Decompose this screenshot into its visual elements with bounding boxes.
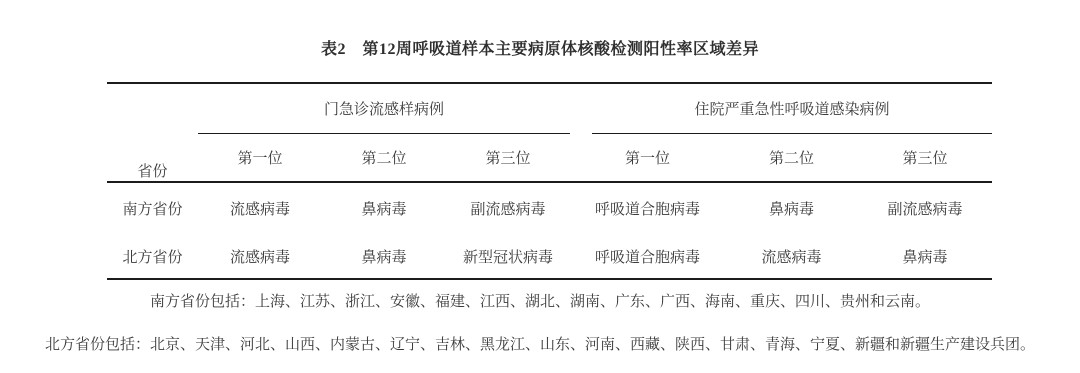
group-header-row: 省份 门急诊流感样病例 住院严重急性呼吸道感染病例 xyxy=(107,83,992,134)
group-header-sari: 住院严重急性呼吸道感染病例 xyxy=(570,83,992,134)
data-cell: 新型冠状病毒 xyxy=(446,234,570,279)
data-cell: 副流感病毒 xyxy=(858,182,992,234)
table-row-north: 北方省份 流感病毒 鼻病毒 新型冠状病毒 呼吸道合胞病毒 流感病毒 鼻病毒 xyxy=(107,234,992,279)
group-header-ili-label: 门急诊流感样病例 xyxy=(198,84,570,134)
data-cell: 呼吸道合胞病毒 xyxy=(570,234,725,279)
data-cell: 流感病毒 xyxy=(198,182,322,234)
province-column-header: 省份 xyxy=(107,83,198,182)
group-header-ili: 门急诊流感样病例 xyxy=(198,83,570,134)
document-page: 表2 第12周呼吸道样本主要病原体核酸检测阳性率区域差异 省份 门急诊流感样病例… xyxy=(0,0,1080,373)
data-cell: 鼻病毒 xyxy=(725,182,858,234)
data-cell: 鼻病毒 xyxy=(322,182,446,234)
data-cell: 副流感病毒 xyxy=(446,182,570,234)
data-cell: 流感病毒 xyxy=(198,234,322,279)
province-cell: 北方省份 xyxy=(107,234,198,279)
sari-rank-2-header: 第二位 xyxy=(725,134,858,182)
province-cell: 南方省份 xyxy=(107,182,198,234)
sari-rank-1-header: 第一位 xyxy=(570,134,725,182)
sari-rank-3-header: 第三位 xyxy=(858,134,992,182)
pathogen-positivity-table: 省份 门急诊流感样病例 住院严重急性呼吸道感染病例 第一位 第二位 第三位 第一… xyxy=(107,82,992,280)
rank-header-row: 第一位 第二位 第三位 第一位 第二位 第三位 xyxy=(107,134,992,182)
data-cell: 流感病毒 xyxy=(725,234,858,279)
footnote-south-provinces: 南方省份包括：上海、江苏、浙江、安徽、福建、江西、湖北、湖南、广东、广西、海南、… xyxy=(0,292,1080,312)
data-cell: 鼻病毒 xyxy=(322,234,446,279)
ili-rank-2-header: 第二位 xyxy=(322,134,446,182)
data-cell: 呼吸道合胞病毒 xyxy=(570,182,725,234)
group-header-sari-label: 住院严重急性呼吸道感染病例 xyxy=(592,84,992,134)
table-row-south: 南方省份 流感病毒 鼻病毒 副流感病毒 呼吸道合胞病毒 鼻病毒 副流感病毒 xyxy=(107,182,992,234)
ili-rank-3-header: 第三位 xyxy=(446,134,570,182)
ili-rank-1-header: 第一位 xyxy=(198,134,322,182)
footnote-north-provinces: 北方省份包括：北京、天津、河北、山西、内蒙古、辽宁、吉林、黑龙江、山东、河南、西… xyxy=(0,335,1080,355)
data-cell: 鼻病毒 xyxy=(858,234,992,279)
table-title: 表2 第12周呼吸道样本主要病原体核酸检测阳性率区域差异 xyxy=(0,0,1080,59)
